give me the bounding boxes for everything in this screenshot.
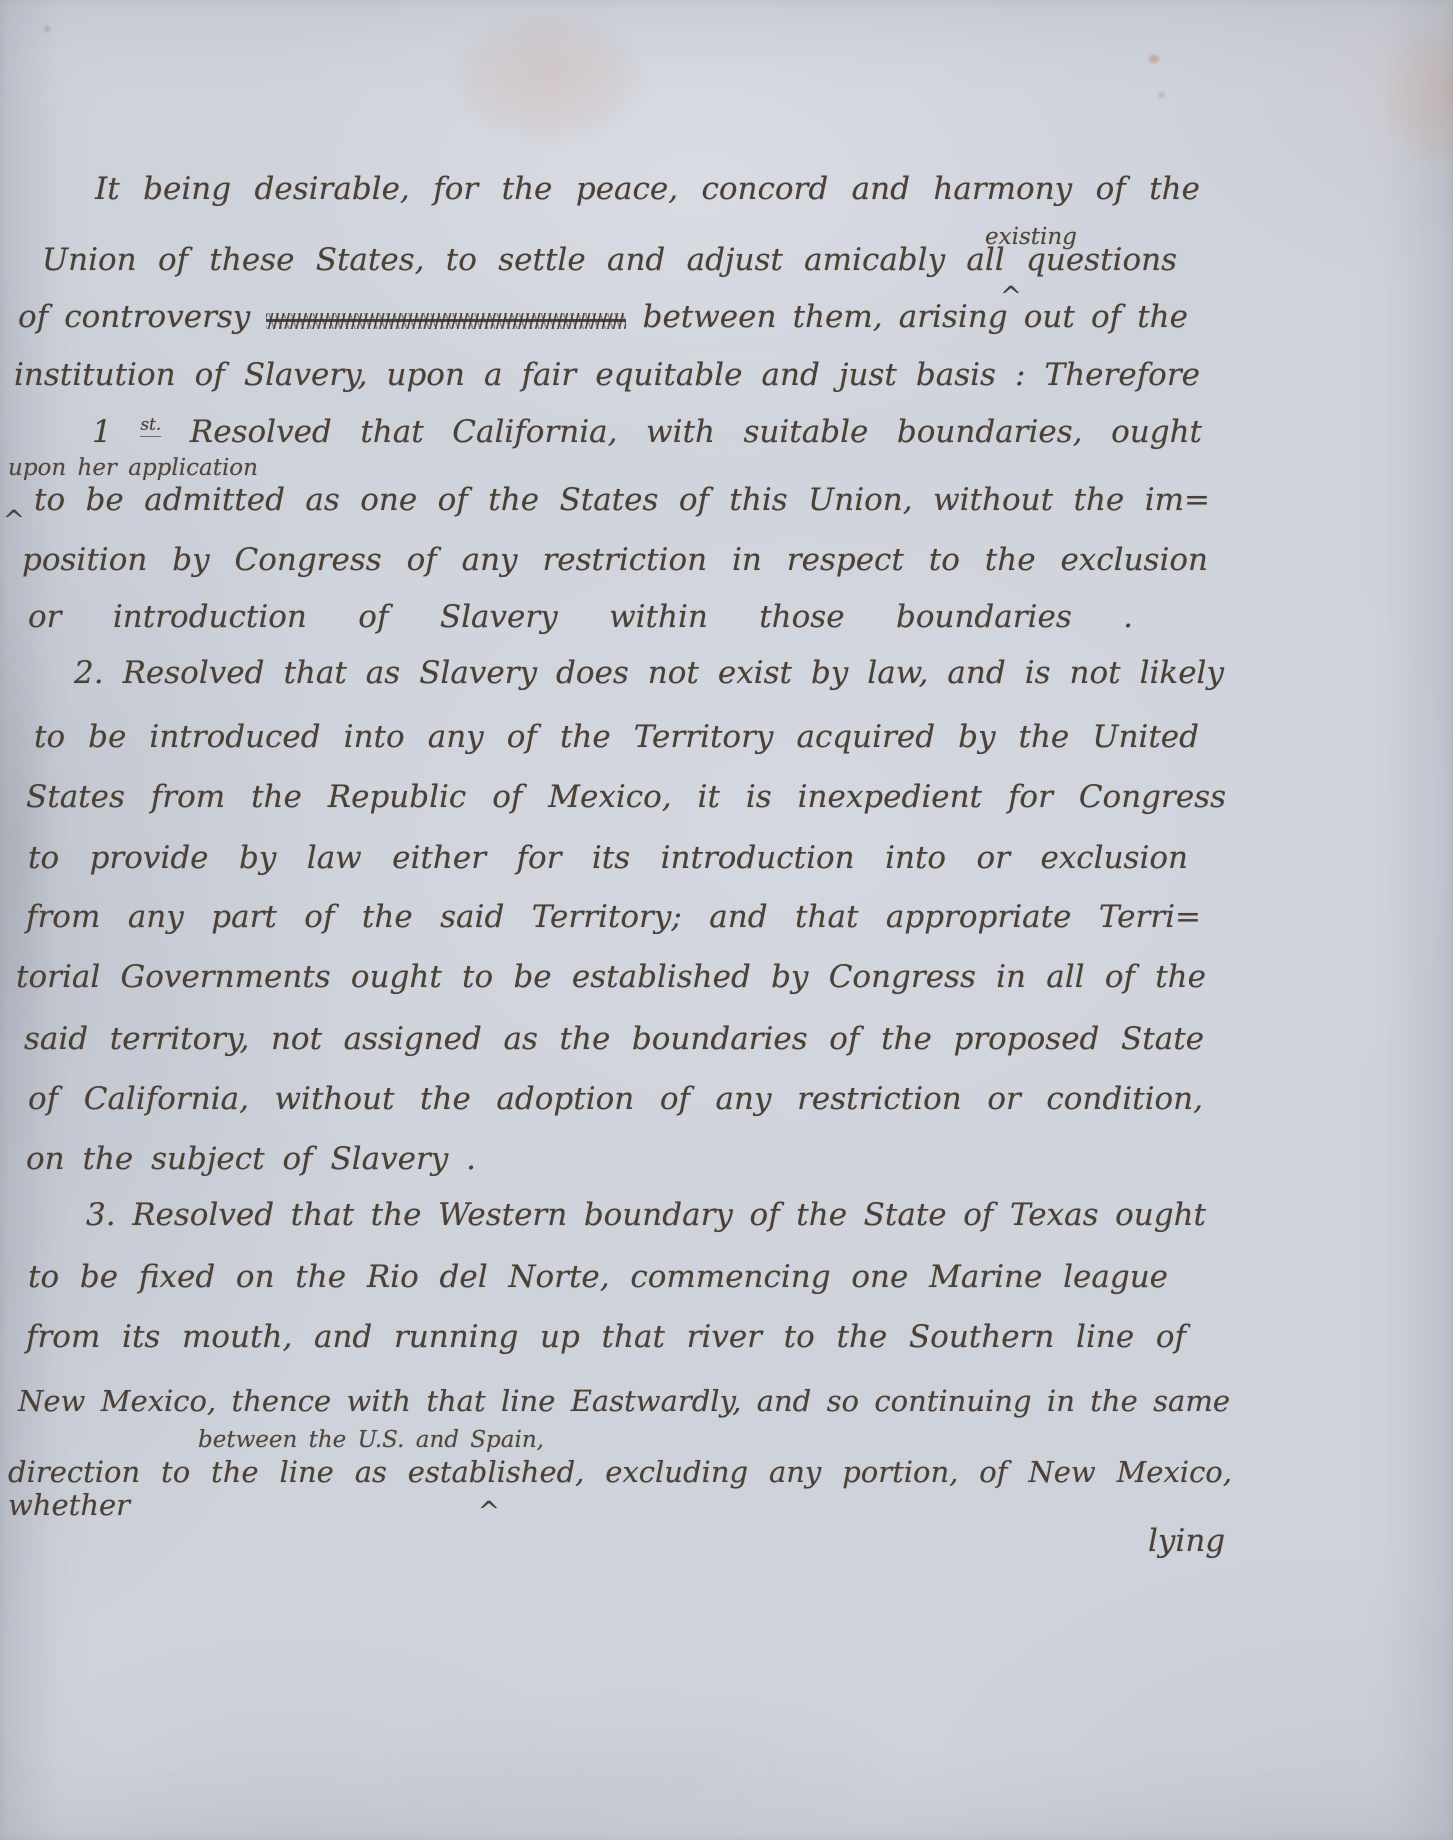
catchword-lying: lying: [1148, 1524, 1225, 1560]
line-13: from any part of the said Territory; and…: [26, 900, 1201, 936]
ordinal-superscript: st.: [140, 415, 161, 437]
line-07: position by Congress of any restriction …: [22, 543, 1208, 579]
ink-speck: [1149, 55, 1159, 63]
line-18: 3. Resolved that the Western boundary of…: [86, 1198, 1206, 1234]
line-03: of controversy between them, arising out…: [18, 300, 1188, 336]
line-02: Union of these States, to settle and adj…: [42, 243, 1177, 279]
line-14: torial Governments ought to be establish…: [16, 960, 1206, 996]
manuscript-page: It being desirable, for the peace, conco…: [0, 0, 1453, 1840]
line-19: to be fixed on the Rio del Norte, commen…: [28, 1260, 1168, 1296]
line-20: from its mouth, and running up that rive…: [26, 1320, 1186, 1356]
margin-caret: ^: [3, 507, 25, 537]
line-22: direction to the line as established, ex…: [8, 1456, 1232, 1523]
line-05: 1 st. Resolved that California, with sui…: [92, 415, 1202, 451]
paper-smudge: [380, 1700, 900, 1840]
line-01: It being desirable, for the peace, conco…: [95, 172, 1200, 208]
caret-under-established: ^: [478, 1498, 500, 1528]
line-06: to be admitted as one of the States of t…: [34, 483, 1210, 519]
line-text: between them, arising out of the: [643, 299, 1188, 335]
struck-out-scribble: [266, 313, 626, 329]
line-21: New Mexico, thence with that line Eastwa…: [18, 1385, 1230, 1418]
ink-speck: [44, 26, 50, 32]
ink-speck: [1158, 92, 1165, 98]
paper-stain: [1385, 30, 1453, 160]
paper-stain: [455, 15, 640, 140]
line-text: 1: [92, 414, 112, 450]
line-text: of controversy: [18, 299, 250, 335]
line-12: to provide by law either for its introdu…: [28, 841, 1188, 877]
interline-between-us-spain: between the U.S. and Spain,: [198, 1427, 544, 1453]
line-17: on the subject of Slavery .: [26, 1142, 476, 1178]
line-10: to be introduced into any of the Territo…: [34, 720, 1199, 756]
line-16: of California, without the adoption of a…: [28, 1082, 1203, 1118]
line-04: institution of Slavery, upon a fair equi…: [14, 358, 1200, 394]
line-text: Resolved that California, with suitable …: [190, 414, 1202, 450]
line-08: or introduction of Slavery within those …: [28, 600, 1133, 636]
line-15: said territory, not assigned as the boun…: [24, 1022, 1204, 1058]
interline-upon-her-application: upon her application: [8, 455, 258, 481]
line-11: States from the Republic of Mexico, it i…: [26, 780, 1226, 816]
line-09: 2. Resolved that as Slavery does not exi…: [74, 656, 1224, 692]
